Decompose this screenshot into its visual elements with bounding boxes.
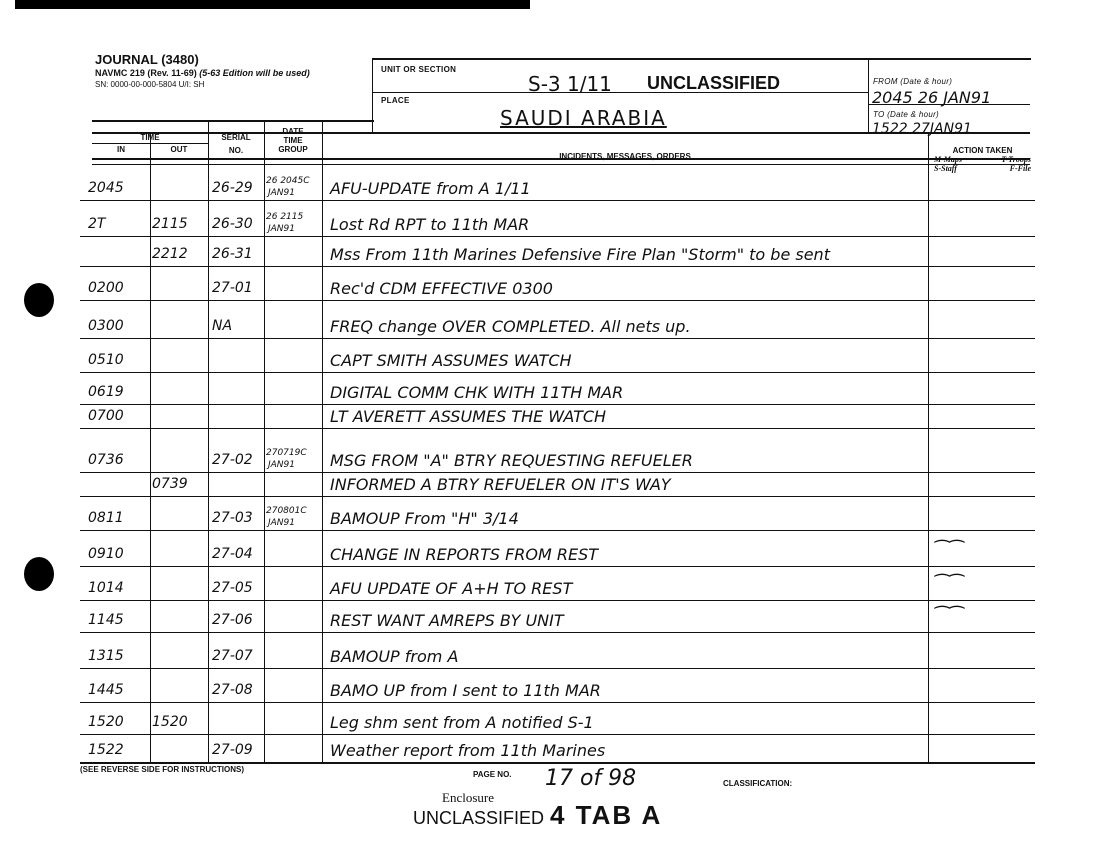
divider	[868, 60, 869, 132]
cell-serial-no: NA	[212, 318, 232, 334]
scan-edge-bar	[15, 0, 530, 9]
cell-serial-no: 26-29	[212, 180, 253, 196]
cell-time-in: 1014	[88, 580, 124, 596]
divider	[928, 132, 929, 764]
cell-incident-text: AFU-UPDATE from A 1/11	[330, 179, 531, 198]
cell-incident-text: FREQ change OVER COMPLETED. All nets up.	[330, 317, 691, 336]
cell-incident-text: MSG FROM "A" BTRY REQUESTING REFUELER	[330, 451, 693, 470]
col-incidents: INCIDENTS, MESSAGES, ORDERS	[322, 152, 928, 161]
from-value: 2045 26 JAN91	[872, 88, 991, 107]
cell-incident-text: CAPT SMITH ASSUMES WATCH	[330, 351, 572, 370]
cell-incident-text: AFU UPDATE OF A+H TO REST	[330, 579, 572, 598]
cell-time-in: 0510	[88, 352, 124, 368]
row-divider	[80, 266, 1035, 267]
cell-incident-text: Mss From 11th Marines Defensive Fire Pla…	[330, 245, 830, 264]
cell-serial-no: 27-08	[212, 682, 253, 698]
cell-incident-text: DIGITAL COMM CHK WITH 11TH MAR	[330, 383, 623, 402]
cell-time-in: 0700	[88, 408, 124, 424]
row-divider	[80, 702, 1035, 703]
divider	[80, 762, 1035, 764]
cell-serial-no: 27-03	[212, 510, 253, 526]
cell-time-in: 0910	[88, 546, 124, 562]
tab-marking: 4 TAB A	[550, 800, 662, 831]
place-label: PLACE	[381, 96, 410, 105]
cell-dtg-line2: JAN91	[268, 188, 295, 198]
row-divider	[80, 600, 1035, 601]
cell-incident-text: CHANGE IN REPORTS FROM REST	[330, 545, 598, 564]
cell-serial-no: 26-31	[212, 246, 253, 262]
cell-incident-text: Leg shm sent from A notified S-1	[330, 713, 594, 732]
cell-serial-no: 27-05	[212, 580, 253, 596]
row-divider	[80, 300, 1035, 301]
row-divider	[80, 530, 1035, 531]
cell-time-in: 0200	[88, 280, 124, 296]
cell-serial-no: 27-02	[212, 452, 253, 468]
row-divider	[80, 236, 1035, 237]
divider	[150, 132, 151, 764]
punch-hole	[24, 557, 54, 591]
col-dtg: DATETIMEGROUP	[264, 127, 322, 154]
cell-incident-text: BAMOUP From "H" 3/14	[330, 509, 519, 528]
from-label: FROM (Date & hour)	[873, 77, 952, 86]
initials-signature: ⁀⁀	[935, 540, 964, 561]
unit-label: UNIT OR SECTION	[381, 65, 456, 74]
page-value: 17 of 98	[545, 766, 636, 791]
row-divider	[80, 668, 1035, 669]
cell-time-in: 2045	[88, 180, 124, 196]
row-divider	[80, 200, 1035, 201]
cell-time-in: 2T	[88, 216, 105, 232]
cell-time-in: 1522	[88, 742, 124, 758]
cell-serial-no: 27-07	[212, 648, 253, 664]
row-divider	[80, 734, 1035, 735]
row-divider	[80, 496, 1035, 497]
row-divider	[80, 372, 1035, 373]
enclosure-stamp: Enclosure	[442, 790, 494, 806]
cell-dtg-line1: 26 2045C	[266, 176, 310, 186]
to-value: 1522 27JAN91	[872, 121, 972, 137]
row-divider	[80, 428, 1035, 429]
divider	[92, 120, 374, 122]
col-action: ACTION TAKEN M-MapsT-Troops S-StaffF-Fil…	[930, 146, 1035, 173]
cell-dtg-line1: 270719C	[266, 448, 307, 458]
cell-dtg-line2: JAN91	[268, 224, 295, 234]
cell-serial-no: 27-06	[212, 612, 253, 628]
cell-incident-text: BAMO UP from I sent to 11th MAR	[330, 681, 601, 700]
cell-serial-no: 27-01	[212, 280, 253, 296]
cell-incident-text: BAMOUP from A	[330, 647, 458, 666]
cell-time-in: 1145	[88, 612, 124, 628]
cell-incident-text: LT AVERETT ASSUMES THE WATCH	[330, 407, 606, 426]
form-title: JOURNAL (3480)	[95, 52, 199, 67]
to-label: TO (Date & hour)	[873, 110, 939, 119]
col-serial: SERIALNO.	[208, 133, 264, 155]
page-label: PAGE NO.	[473, 770, 512, 779]
cell-time-out: 2212	[152, 246, 188, 262]
cell-incident-text: INFORMED A BTRY REFUELER ON IT'S WAY	[330, 475, 671, 494]
initials-signature: ⁀⁀	[935, 606, 964, 627]
cell-dtg-line2: JAN91	[268, 460, 295, 470]
cell-time-in: 0811	[88, 510, 124, 526]
row-divider	[80, 338, 1035, 339]
cell-time-in: 1520	[88, 714, 124, 730]
row-divider	[80, 472, 1035, 473]
cell-time-in: 0619	[88, 384, 124, 400]
bottom-classification-stamp: UNCLASSIFIED	[413, 808, 544, 829]
punch-hole	[24, 283, 54, 317]
unit-value: S-3 1/11	[528, 72, 612, 96]
cell-serial-no: 27-04	[212, 546, 253, 562]
initials-signature: ⁀⁀	[935, 574, 964, 595]
cell-time-out: 2115	[152, 216, 188, 232]
cell-time-out: 0739	[152, 476, 188, 492]
row-divider	[80, 404, 1035, 405]
classification-stamp: UNCLASSIFIED	[647, 73, 780, 94]
divider	[372, 92, 868, 93]
cell-incident-text: Weather report from 11th Marines	[330, 741, 605, 760]
classification-label: CLASSIFICATION:	[723, 779, 792, 788]
cell-incident-text: Rec'd CDM EFFECTIVE 0300	[330, 279, 553, 298]
cell-incident-text: Lost Rd RPT to 11th MAR	[330, 215, 529, 234]
cell-time-in: 0736	[88, 452, 124, 468]
form-subtitle: NAVMC 219 (Rev. 11-69) (5-63 Edition wil…	[95, 68, 310, 78]
form-stock-number: SN: 0000-00-000-5804 U/I: SH	[95, 80, 204, 89]
row-divider	[80, 566, 1035, 567]
cell-dtg-line1: 270801C	[266, 506, 307, 516]
cell-time-in: 1445	[88, 682, 124, 698]
cell-serial-no: 26-30	[212, 216, 253, 232]
cell-dtg-line2: JAN91	[268, 518, 295, 528]
row-divider	[80, 632, 1035, 633]
divider	[92, 164, 1030, 165]
cell-time-in: 0300	[88, 318, 124, 334]
cell-time-out: 1520	[152, 714, 188, 730]
place-value: SAUDI ARABIA	[500, 106, 667, 130]
cell-dtg-line1: 26 2115	[266, 212, 303, 222]
col-out: OUT	[150, 145, 208, 154]
instructions-note: (SEE REVERSE SIDE FOR INSTRUCTIONS)	[80, 765, 244, 774]
cell-incident-text: REST WANT AMREPS BY UNIT	[330, 611, 564, 630]
cell-serial-no: 27-09	[212, 742, 253, 758]
cell-time-in: 1315	[88, 648, 124, 664]
col-in: IN	[92, 145, 150, 154]
